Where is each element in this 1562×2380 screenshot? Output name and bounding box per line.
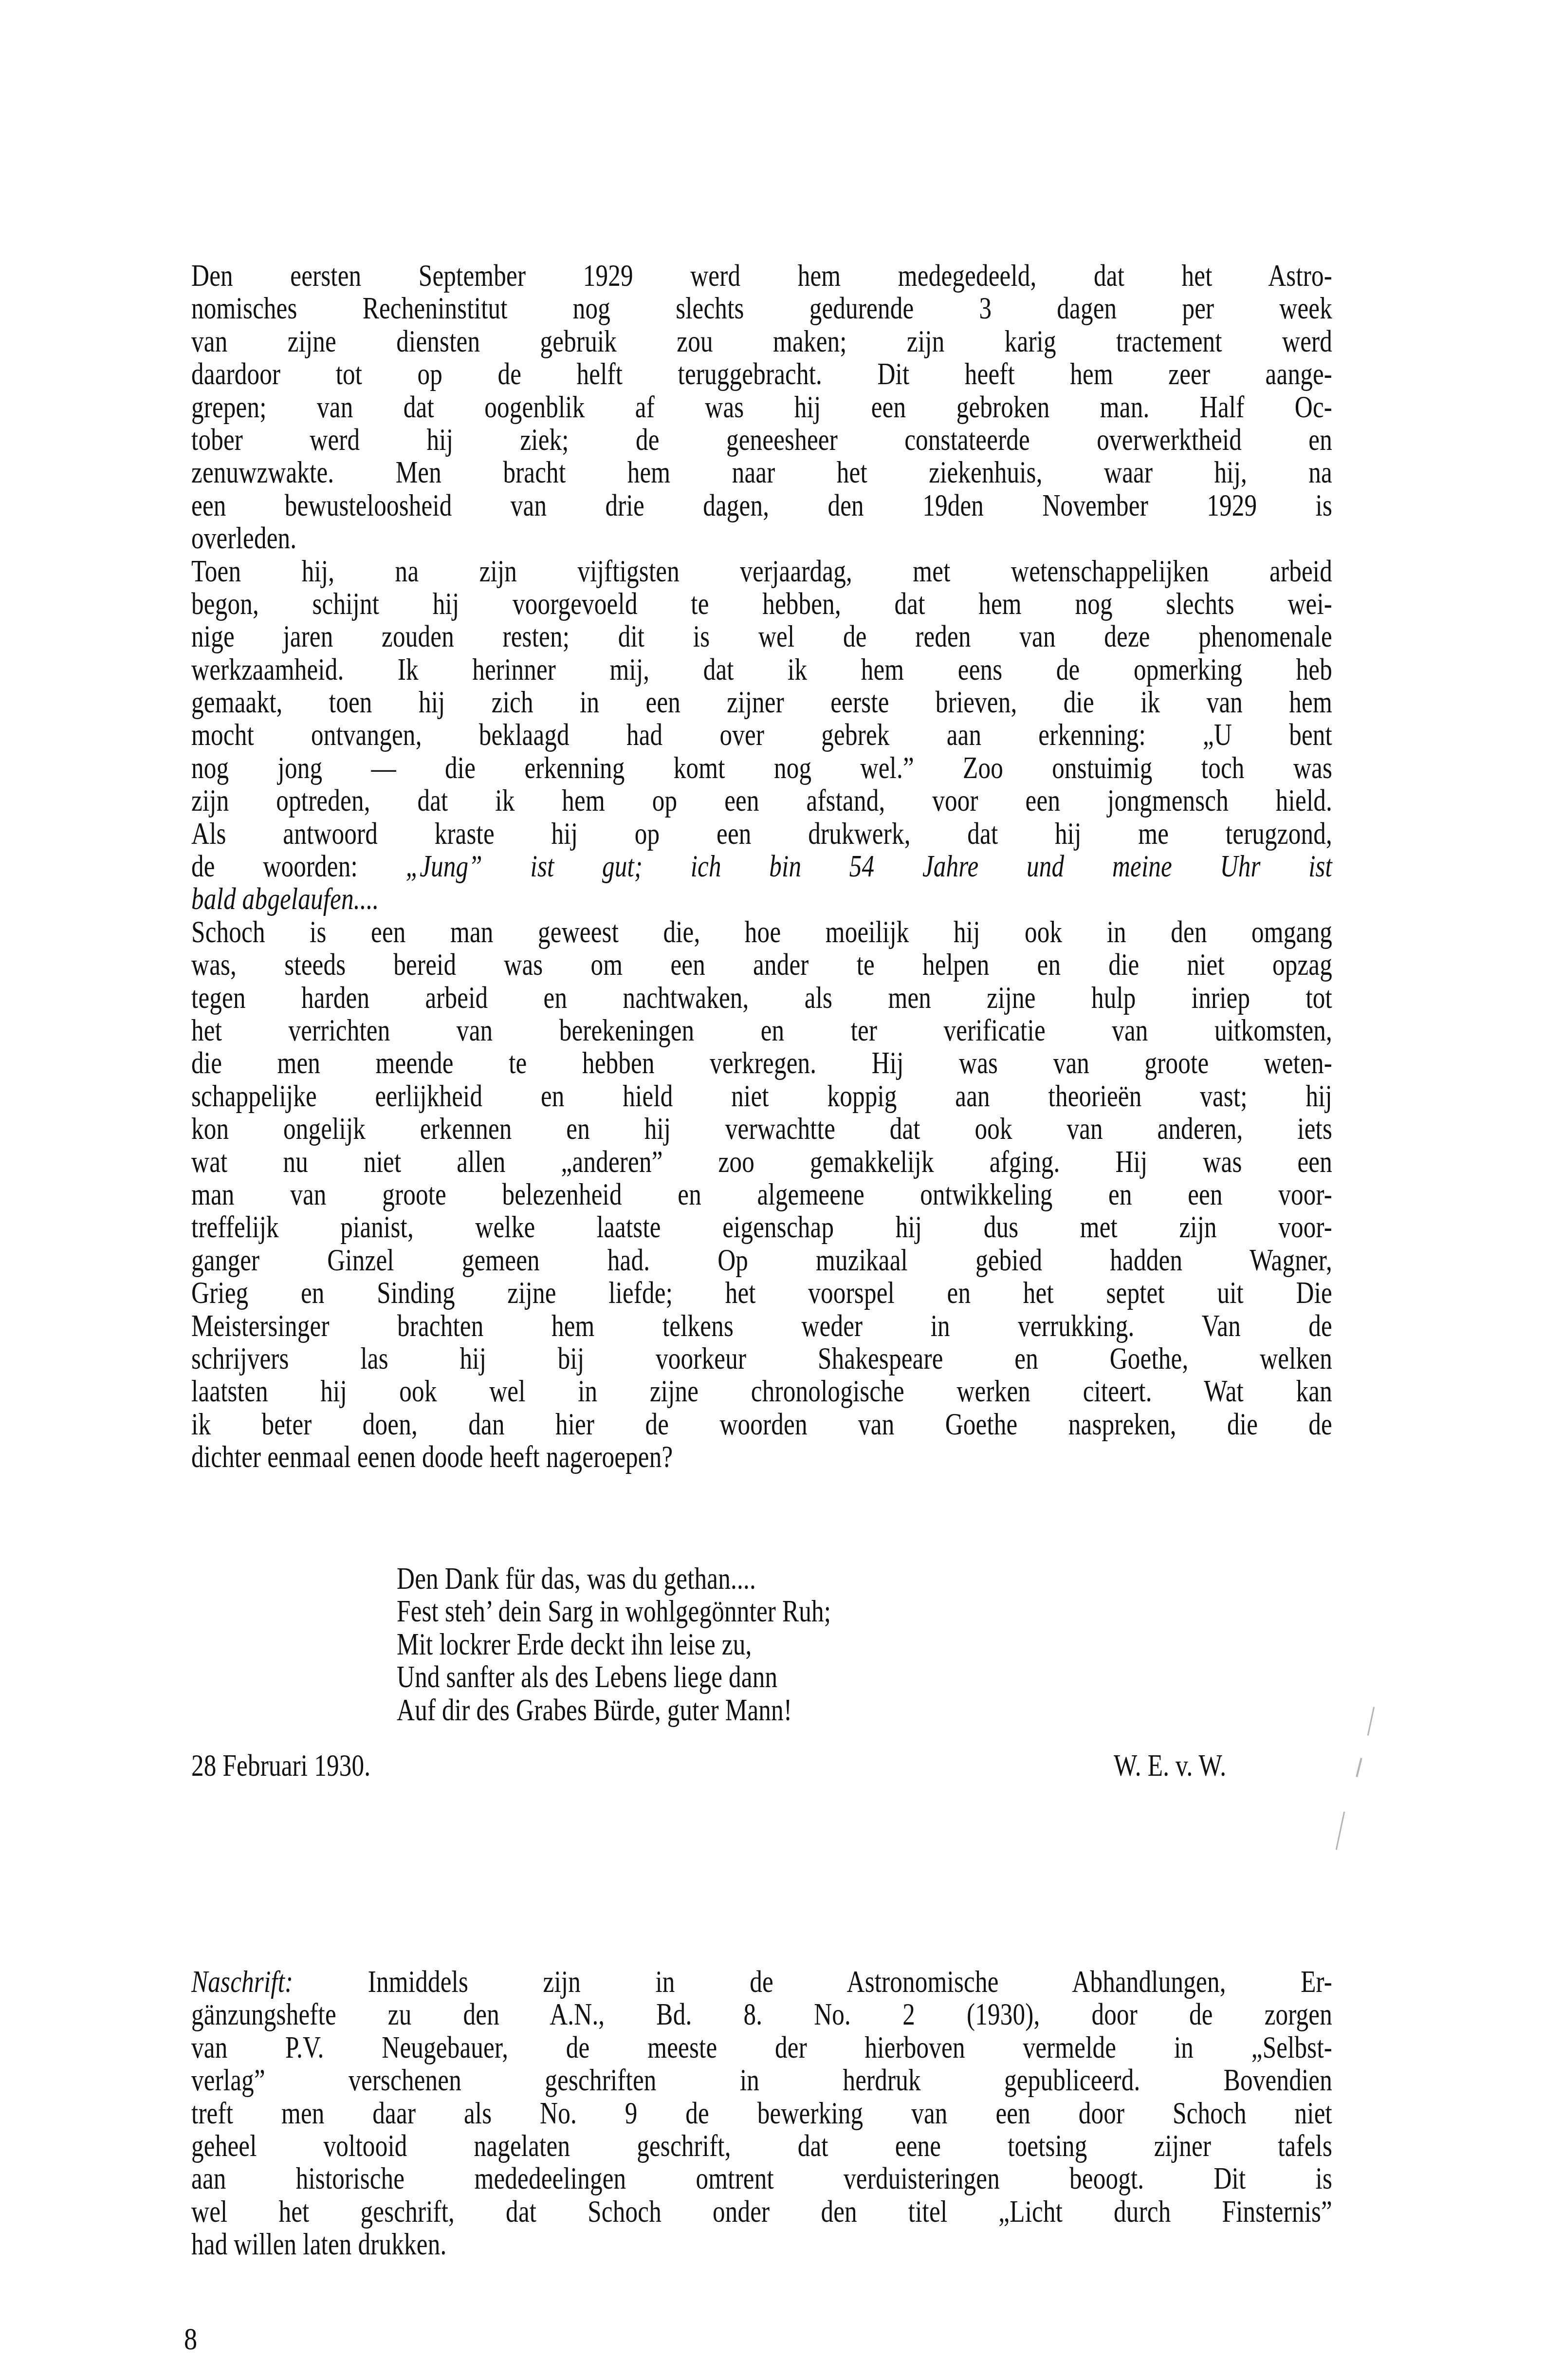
italic-quote: „Jung” ist gut; ich bin 54 Jahre und mei…	[406, 849, 1333, 883]
postscript-line: gänzungshefte zu den A.N., Bd. 8. No. 2 …	[191, 1998, 1332, 2030]
body-line: laatsten hij ook wel in zijne chronologi…	[191, 1375, 1332, 1407]
body-line: Den eersten September 1929 werd hem mede…	[191, 259, 1332, 292]
body-line: begon, schijnt hij voorgevoeld te hebben…	[191, 587, 1332, 620]
body-line: de woorden: „Jung” ist gut; ich bin 54 J…	[191, 850, 1332, 882]
body-line: tober werd hij ziek; de geneesheer const…	[191, 423, 1332, 456]
body-line: dichter eenmaal eenen doode heeft nagero…	[191, 1440, 1104, 1473]
scan-artifact	[1356, 1758, 1362, 1777]
body-line: nog jong — die erkenning komt nog wel.” …	[191, 751, 1332, 784]
body-line: zenuwzwakte. Men bracht hem naar het zie…	[191, 456, 1332, 488]
postscript-label: Naschrift:	[191, 1964, 368, 1999]
postscript-paragraph: Naschrift: Inmiddels zijn in de Astronom…	[191, 1965, 1332, 2261]
body-line: wat nu niet allen „anderen” zoo gemakkel…	[191, 1145, 1332, 1178]
body-line: een bewusteloosheid van drie dagen, den …	[191, 489, 1332, 521]
body-line: Grieg en Sinding zijne liefde; het voors…	[191, 1276, 1332, 1309]
body-line: grepen; van dat oogenblik af was hij een…	[191, 390, 1332, 423]
body-line: Schoch is een man geweest die, hoe moeil…	[191, 915, 1332, 948]
body-line: het verrichten van berekeningen en ter v…	[191, 1014, 1332, 1046]
postscript-line: had willen laten drukken.	[191, 2228, 1104, 2260]
postscript-line: treft men daar als No. 9 de bewerking va…	[191, 2097, 1332, 2129]
body-line: nomisches Recheninstitut nog slechts ged…	[191, 292, 1332, 324]
date: 28 Februari 1930.	[191, 1749, 370, 1782]
body-line: Als antwoord kraste hij op een drukwerk,…	[191, 817, 1332, 850]
postscript-line: verlag” verschenen geschriften in herdru…	[191, 2064, 1332, 2096]
postscript-line: wel het geschrift, dat Schoch onder den …	[191, 2195, 1332, 2228]
text-run: de woorden:	[191, 849, 406, 883]
body-line: schappelijke eerlijkheid en hield niet k…	[191, 1079, 1332, 1112]
page-number: 8	[184, 2323, 197, 2355]
body-line: schrijvers las hij bij voorkeur Shakespe…	[191, 1342, 1332, 1375]
scan-artifact	[1336, 1812, 1345, 1850]
body-line: zijn optreden, dat ik hem op een afstand…	[191, 784, 1332, 817]
author-initials: W. E. v. W.	[1114, 1749, 1226, 1782]
postscript-line: geheel voltooid nagelaten geschrift, dat…	[191, 2129, 1332, 2162]
poem-line: Und sanfter als des Lebens liege dann	[397, 1660, 831, 1693]
postscript-line: aan historische mededeelingen omtrent ve…	[191, 2162, 1332, 2194]
poem-line: Auf dir des Grabes Bürde, guter Mann!	[397, 1693, 831, 1726]
body-line: Meistersinger brachten hem telkens weder…	[191, 1309, 1332, 1342]
goethe-poem-quote: Den Dank für das, was du gethan....Fest …	[397, 1562, 939, 1726]
postscript-line: Naschrift: Inmiddels zijn in de Astronom…	[191, 1965, 1332, 1998]
signature: W. E. v. W.	[1114, 1749, 1254, 1782]
poem-line: Mit lockrer Erde deckt ihn leise zu,	[397, 1628, 831, 1660]
body-line: treffelijk pianist, welke laatste eigens…	[191, 1210, 1332, 1243]
body-line: Toen hij, na zijn vijftigsten verjaardag…	[191, 555, 1332, 587]
italic-quote: bald abgelaufen....	[191, 881, 379, 916]
body-line: daardoor tot op de helft teruggebracht. …	[191, 357, 1332, 390]
scan-artifact	[1367, 1707, 1375, 1735]
body-line: nige jaren zouden resten; dit is wel de …	[191, 620, 1332, 652]
body-line: overleden.	[191, 521, 1104, 554]
date-line: 28 Februari 1930.	[191, 1749, 415, 1782]
document-page: Den eersten September 1929 werd hem mede…	[0, 0, 1562, 2380]
body-line: werkzaamheid. Ik herinner mij, dat ik he…	[191, 653, 1332, 686]
body-line: ganger Ginzel gemeen had. Op muzikaal ge…	[191, 1244, 1332, 1276]
poem-line: Fest steh’ dein Sarg in wohlgegönnter Ru…	[397, 1595, 831, 1627]
body-line: was, steeds bereid was om een ander te h…	[191, 948, 1332, 981]
postscript-line: van P.V. Neugebauer, de meeste der hierb…	[191, 2031, 1332, 2064]
body-line: tegen harden arbeid en nachtwaken, als m…	[191, 981, 1332, 1014]
body-line: mocht ontvangen, beklaagd had over gebre…	[191, 718, 1332, 751]
body-line: bald abgelaufen....	[191, 882, 1104, 915]
body-line: man van groote belezenheid en algemeene …	[191, 1178, 1332, 1210]
body-line: gemaakt, toen hij zich in een zijner eer…	[191, 686, 1332, 718]
body-line: kon ongelijk erkennen en hij verwachtte …	[191, 1112, 1332, 1145]
body-line: ik beter doen, dan hier de woorden van G…	[191, 1408, 1332, 1440]
body-line: die men meende te hebben verkregen. Hij …	[191, 1046, 1332, 1079]
body-line: van zijne diensten gebruik zou maken; zi…	[191, 325, 1332, 357]
main-body-text: Den eersten September 1929 werd hem mede…	[191, 259, 1332, 1473]
poem-line: Den Dank für das, was du gethan....	[397, 1562, 831, 1595]
